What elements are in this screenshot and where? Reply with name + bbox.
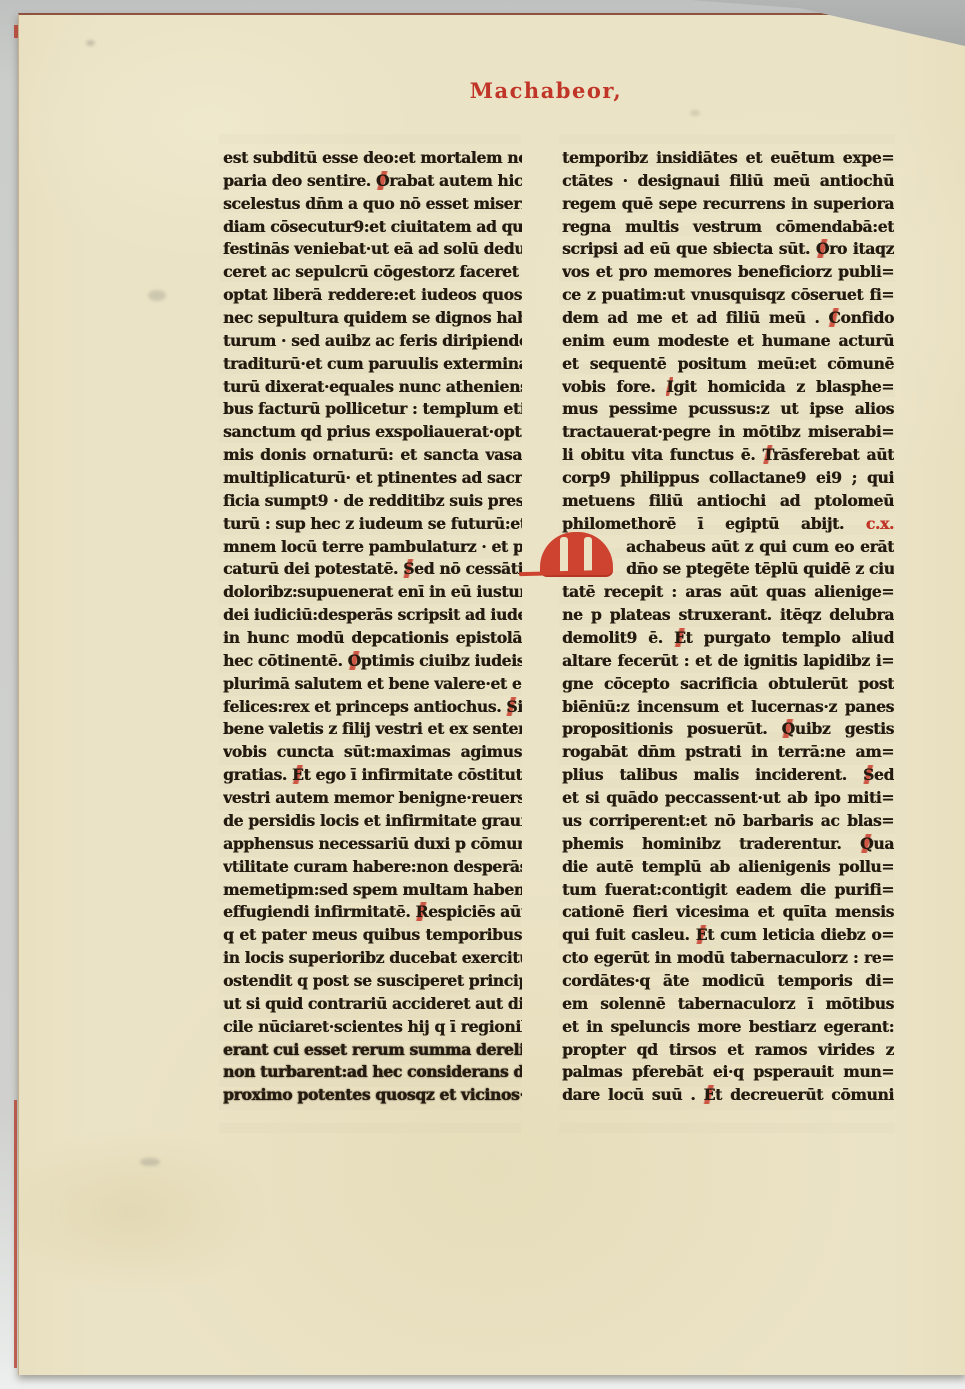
text-line: et in speluncis more bestiarz egerant: [562, 1016, 894, 1039]
text-line: paria deo sentire. Orabat autem hic [223, 170, 522, 193]
text-line: tractauerat·pegre in mōtibz miserabi= [562, 421, 894, 444]
rubricated-capital: I [666, 377, 673, 396]
text-line: bus facturū pollicetur : templum etiā [223, 398, 522, 421]
text-line: rogabāt dn̄m pstrati in terrā:ne am= [562, 741, 894, 764]
text-line: philomethorē ī egiptū abijt. c.x. [562, 513, 894, 536]
text-line: ce z puatim:ut vnusquisqz cōseruet fi= [562, 284, 894, 307]
text-line: mus pessime pcussus:z ut ipse alios [562, 398, 894, 421]
paper-speck [690, 110, 700, 116]
text-line: caturū dei potestatē. Sed nō cessātibz [223, 558, 522, 581]
text-line: vtilitate curam habere:non desperās [223, 856, 522, 879]
text-line: bene valetis z filij vestri et ex senten… [223, 718, 522, 741]
rubricated-capital: E [696, 925, 708, 944]
text-line: festinās veniebat·ut eā ad solū dedu= [223, 238, 522, 261]
text-line: erant cui esset rerum summa derelicta [223, 1039, 522, 1062]
text-line: regem quē sepe recurrens in superiora [562, 193, 894, 216]
rubricated-capital: Q [781, 719, 794, 738]
left-edge-red-mark [14, 25, 18, 38]
text-line: palmas pferebāt ei·q psperauit mun= [562, 1061, 894, 1084]
text-line: et sequentē positum meū:et cōmunē [562, 353, 894, 376]
text-line: corp9 philippus collactane9 ei9 ; qui [562, 467, 894, 490]
rubricated-capital: S [403, 559, 414, 578]
text-line: propositionis posuerūt. Quibz gestis [562, 718, 894, 741]
text-line: temporibz insidiātes et euētum expe= [562, 147, 894, 170]
text-line: gratias. Et ego ī infirmitate cōstitut9· [223, 764, 522, 787]
rubricated-capital: S [863, 765, 874, 784]
text-line: non turbarent:ad hec considerans de [223, 1061, 522, 1084]
text-line: gne cōcepto sacrificia obtulerūt post [562, 673, 894, 696]
text-line: est subditū esse deo:et mortalem non [223, 147, 522, 170]
text-line: ostendit q post se susciperet principatū… [223, 970, 522, 993]
text-line: metuens filiū antiochi ad ptolomeū [562, 490, 894, 513]
text-line: tum fuerat:contigit eadem die purifi= [562, 879, 894, 902]
chapter-marker: c.x. [866, 514, 894, 533]
text-line: optat liberā reddere:et iudeos quos [223, 284, 522, 307]
text-line: vos et pro memores beneficiorz publi= [562, 261, 894, 284]
text-line: turū dixerat·equales nunc atheniensi= [223, 376, 522, 399]
text-line: ut si quid contrariū accideret aut diffi… [223, 993, 522, 1016]
running-title: Machabeor, [391, 78, 701, 106]
text-line: biēniū:z incensum et lucernas·z panes [562, 696, 894, 719]
rubricated-capital: R [415, 902, 428, 921]
text-line: nec sepultura quidem se dignos habi= [223, 307, 522, 330]
text-line: propter qd tirsos et ramos virides z [562, 1039, 894, 1062]
text-line: memetipm:sed spem multam habens [223, 879, 522, 902]
text-line: qui fuit casleu. Et cum leticia diebz o= [562, 924, 894, 947]
text-line: regna multis vestrum cōmendabā:et [562, 216, 894, 239]
text-line: cto egerūt in modū tabernaculorz : re= [562, 947, 894, 970]
text-line: traditurū·et cum paruulis extermina= [223, 353, 522, 376]
text-line: hec cōtinentē. Optimis ciuibz iudeis. [223, 650, 522, 673]
text-line: em solennē tabernaculorz ī mōtibus [562, 993, 894, 1016]
text-line: altare fecerūt : et de ignitis lapidibz … [562, 650, 894, 673]
text-line: ctātes · designaui filiū meū antiochū [562, 170, 894, 193]
text-line: in locis superioribz ducebat exercitum. [223, 947, 522, 970]
text-line: achabeus aūt z qui cum eo erāt [562, 536, 894, 559]
text-line: phemis hominibz traderentur. Qua [562, 833, 894, 856]
text-line: cordātes·q āte modicū temporis di= [562, 970, 894, 993]
text-line: ceret ac sepulcrū cōgestorz faceret · nū… [223, 261, 522, 284]
rubricated-capital: Q [860, 834, 873, 853]
text-line: in hunc modū depcationis epistolā [223, 627, 522, 650]
text-line: effugiendi infirmitatē. Respiciēs aūt [223, 901, 522, 924]
text-line: diam cōsecutur9:et ciuitatem ad quā [223, 216, 522, 239]
text-line: ne p plateas struxerant. itēqz delubra [562, 604, 894, 627]
rubricated-capital: S [506, 697, 517, 716]
photographed-manuscript-page: { "page": { "header": "Machabeor,", "cha… [0, 0, 965, 1389]
text-line: demolit9 ē. Et purgato templo aliud [562, 627, 894, 650]
text-line: dem ad me et ad filiū meū . Confido [562, 307, 894, 330]
rubricated-capital: E [292, 765, 304, 784]
text-line: vobis cuncta sūt:maximas agimus [223, 741, 522, 764]
paper-speck [140, 1158, 160, 1166]
text-line: ficia sumpt9 · de redditibz suis prest i… [223, 490, 522, 513]
text-column-left: est subditū esse deo:et mortalem nonpari… [223, 147, 522, 1107]
vellum-leaf: Machabeor, est subditū esse deo:et morta… [18, 13, 965, 1375]
text-line: scripsi ad eū que sbiecta sūt. Oro itaqz [562, 238, 894, 261]
text-line: apphensus necessariū duxi p cōmuni [223, 833, 522, 856]
text-column-right: temporibz insidiātes et euētum expe=ctāt… [562, 147, 894, 1107]
text-line: enim eum modeste et humane acturū [562, 330, 894, 353]
rubricated-capital: E [674, 628, 686, 647]
text-line: turū : sup hec z iudeum se futurū:et o= [223, 513, 522, 536]
rubricated-capital: O [348, 651, 361, 670]
rubricated-capital: O [816, 239, 829, 258]
text-line: vobis fore. Igit homicida z blasphe= [562, 376, 894, 399]
text-line: sanctum qd prius exspoliauerat·opti= [223, 421, 522, 444]
text-line: plius talibus malis inciderent. Sed [562, 764, 894, 787]
text-line: us corriperent:et nō barbaris ac blas= [562, 810, 894, 833]
text-line: multiplicaturū· et ptinentes ad sacri= [223, 467, 522, 490]
rubricated-capital: E [703, 1085, 715, 1104]
paper-speck [148, 290, 166, 301]
text-line: felices:rex et princeps antiochus. Si [223, 696, 522, 719]
text-line: turum · sed auibz ac feris diripiendos [223, 330, 522, 353]
paper-speck [86, 40, 95, 46]
text-line: de persidis locis et infirmitate graui [223, 810, 522, 833]
left-edge-red-stain [14, 1100, 17, 1368]
text-line: cile nūciaret·scientes hij q ī regionibz [223, 1016, 522, 1039]
text-line: mis donis ornaturū: et sancta vasa [223, 444, 522, 467]
text-line: vestri autem memor benigne·reuersus [223, 787, 522, 810]
text-line: li obitu vita functus ē. Trāsferebat aūt [562, 444, 894, 467]
text-line: et si quādo peccassent·ut ab ipo miti= [562, 787, 894, 810]
text-line: q et pater meus quibus temporibus [223, 924, 522, 947]
text-line: scelestus dn̄m a quo nō esset misericor= [223, 193, 522, 216]
rubricated-capital: O [376, 171, 389, 190]
text-line: doloribz:supuenerat enī in eū iustum [223, 581, 522, 604]
text-line: dare locū suū . Et decreuerūt cōmuni [562, 1084, 894, 1107]
text-line: cationē fieri vicesima et quīta mensis [562, 901, 894, 924]
rubricated-capital: T [763, 445, 773, 464]
text-line: plurimā salutem et bene valere·et esse [223, 673, 522, 696]
text-line: dei iudiciū:desperās scripsit ad iudeos [223, 604, 522, 627]
text-line: tatē recepit : aras aūt quas alienige= [562, 581, 894, 604]
rubricated-capital: C [828, 308, 840, 327]
text-line: proximo potentes quosqz et vicinos· [223, 1084, 522, 1107]
text-line: die autē templū ab alienigenis pollu= [562, 856, 894, 879]
text-line: mnem locū terre pambulaturz · et pdi= [223, 536, 522, 559]
